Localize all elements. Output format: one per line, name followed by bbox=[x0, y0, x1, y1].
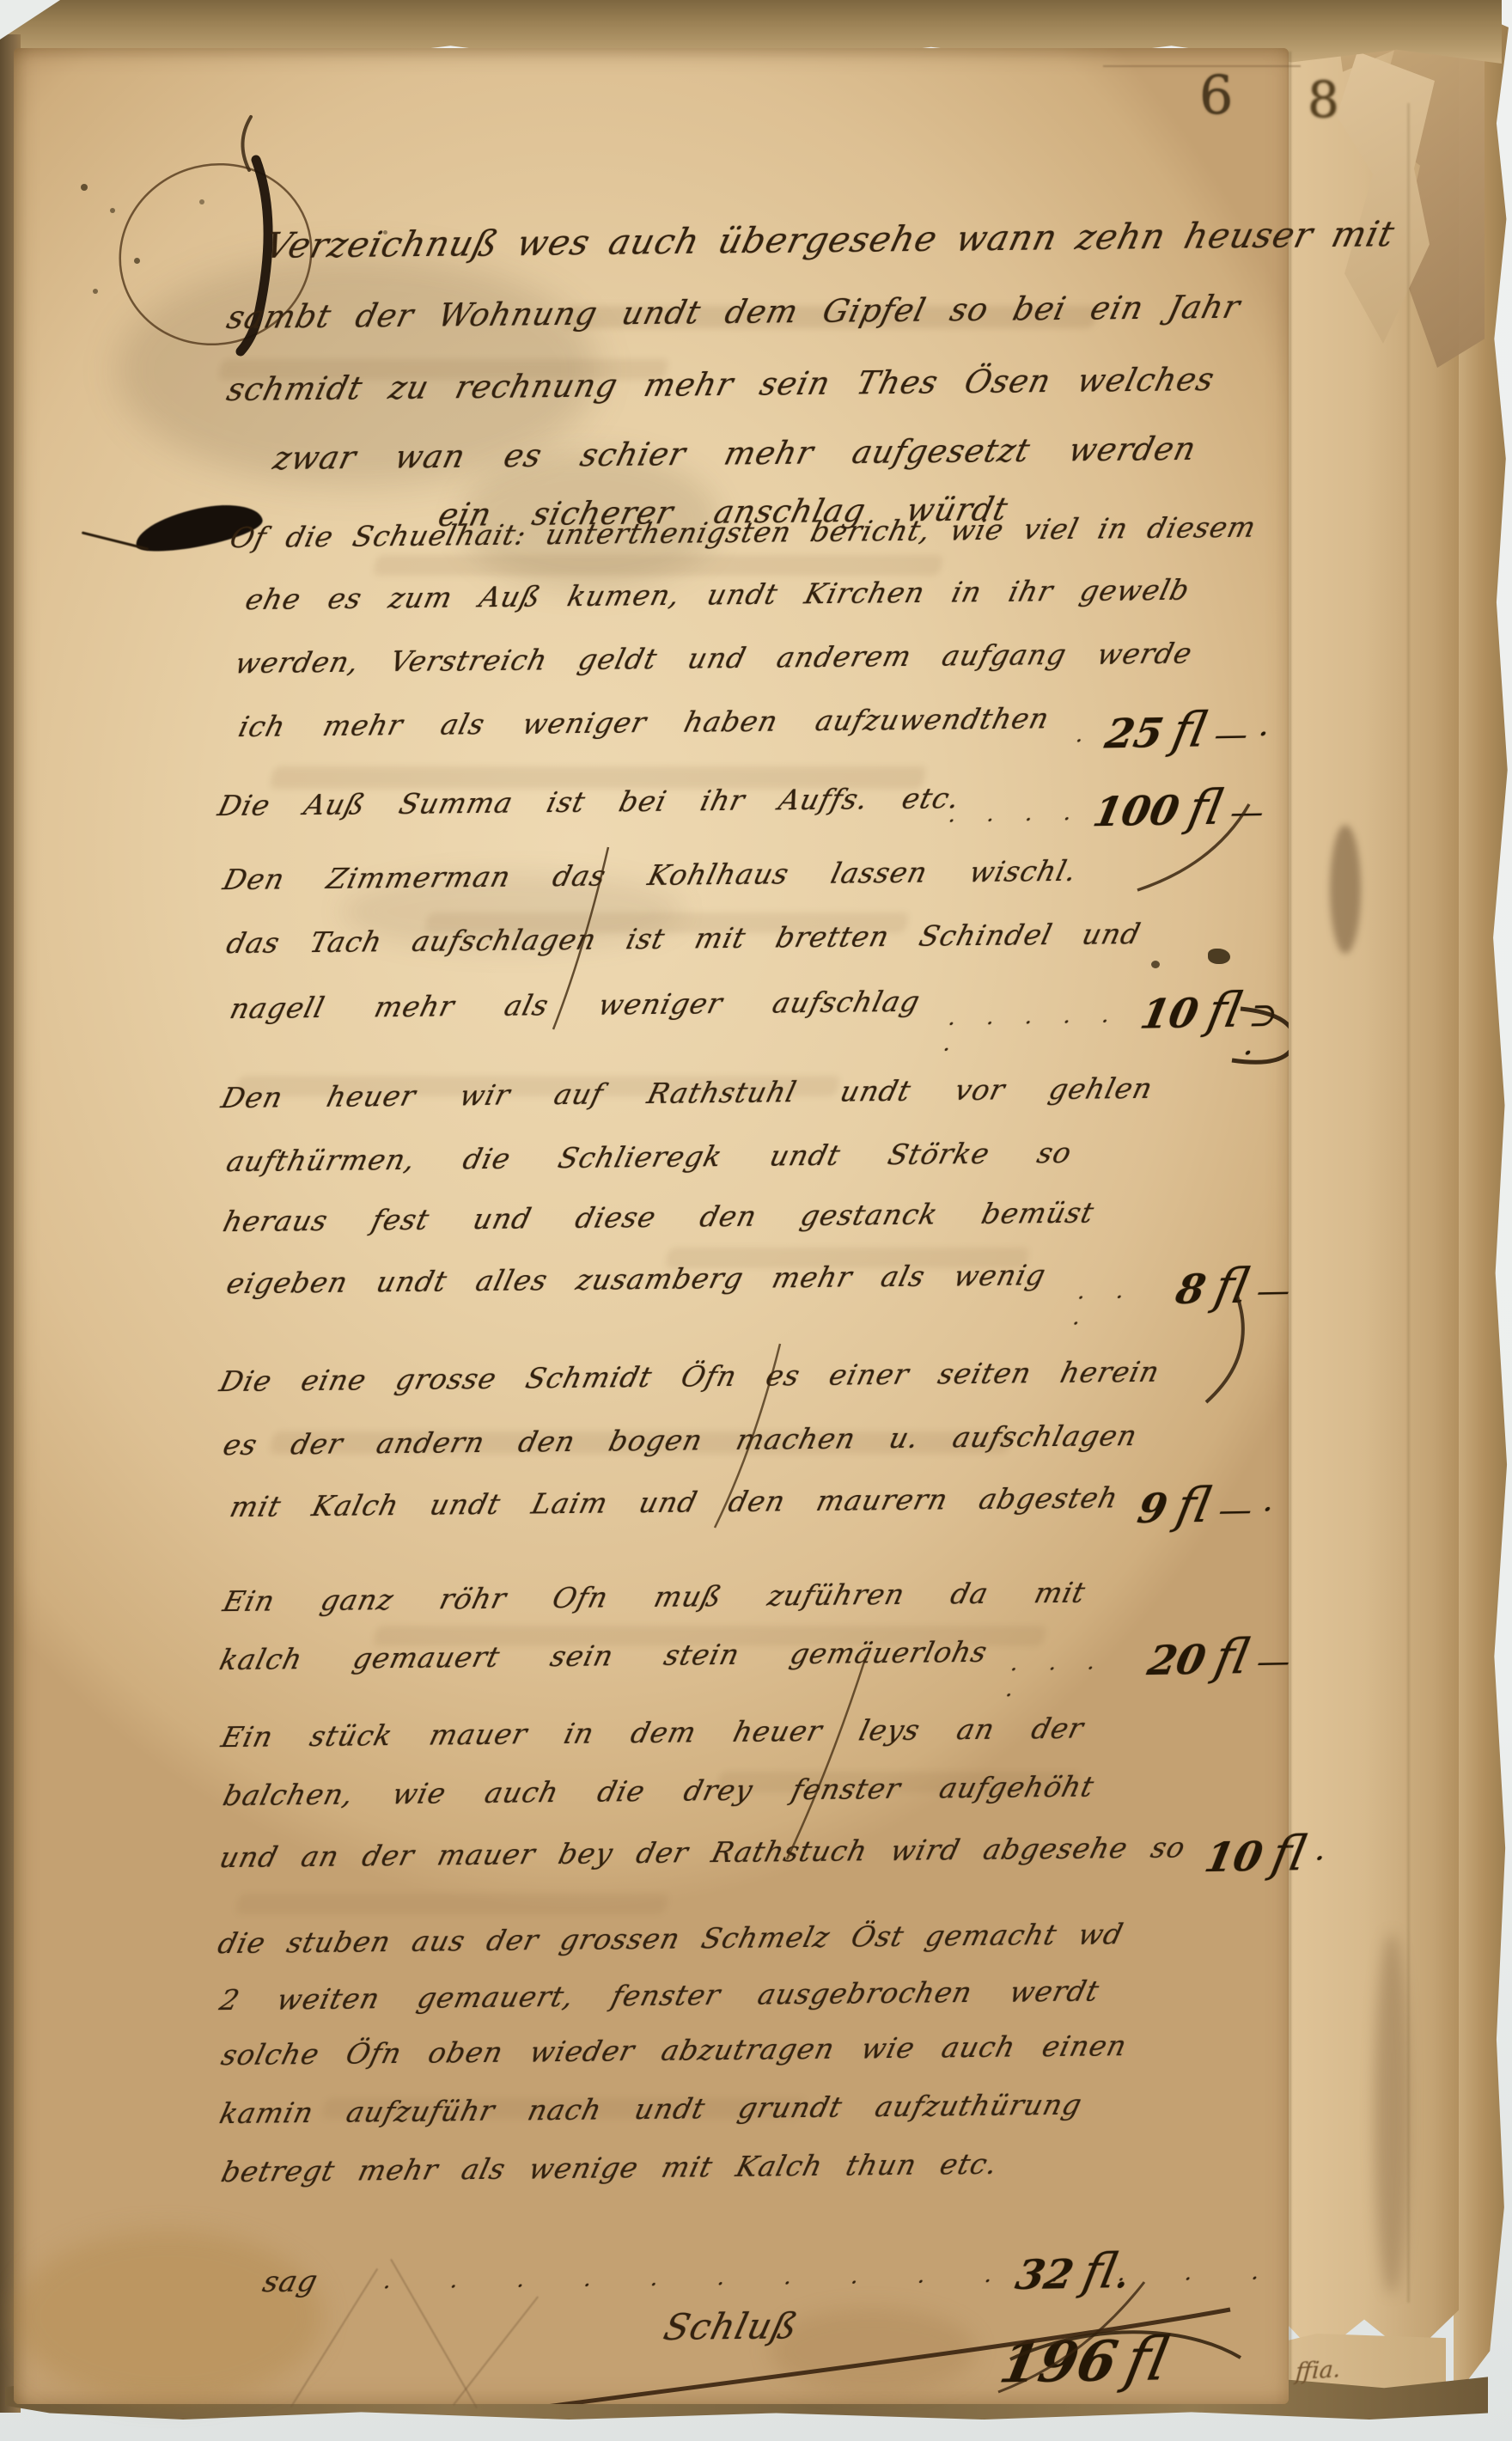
bleedthrough-mark bbox=[372, 555, 943, 576]
entry-line: ehe es zum Auß kumen, undt Kirchen in ih… bbox=[242, 573, 1193, 616]
amount-value: 20 bbox=[1144, 1637, 1210, 1685]
ink-speck bbox=[93, 289, 98, 294]
entry-line: es der andern den bogen machen u. aufsch… bbox=[220, 1419, 1141, 1462]
entry-line: kamin aufzuführ nach undt grundt aufzuth… bbox=[216, 2088, 1086, 2130]
water-stain bbox=[14, 2230, 323, 2402]
ink-speck bbox=[110, 208, 115, 213]
ink-splatter-dot bbox=[1151, 961, 1160, 968]
amount-value: 9 bbox=[1134, 1486, 1172, 1534]
closing-word: Schluß bbox=[660, 2304, 802, 2348]
florin-symbol: fl bbox=[1210, 1629, 1253, 1686]
heading-line: Verzeichnuß wes auch übergesehe wann zeh… bbox=[261, 215, 1261, 266]
entry-line: kalch gemauert sein stein gemäuerlohs bbox=[216, 1635, 991, 1676]
dot-leader: · bbox=[1073, 729, 1097, 754]
entry-line: betregt mehr als wenige mit Kalch thun e… bbox=[218, 2147, 1002, 2188]
amount-entry-5: 9 fl — · bbox=[1123, 1477, 1279, 1535]
total-dot-leader: · · · · · · · · · · · · · · bbox=[380, 2268, 1015, 2301]
florin-symbol: fl bbox=[1172, 1478, 1215, 1535]
amount-entry-2: · · · · 100 fl — bbox=[944, 779, 1270, 840]
vertical-fold-crease bbox=[1289, 52, 1291, 2380]
amount-dash: — bbox=[1253, 1272, 1294, 1310]
page-number-left: 6 bbox=[1199, 64, 1233, 126]
edge-dark-streak bbox=[1330, 825, 1361, 954]
amount-value: 25 bbox=[1101, 710, 1167, 758]
entry-line: eigeben undt alles zusamberg mehr als we… bbox=[223, 1258, 1050, 1300]
amount-value: 8 bbox=[1172, 1266, 1210, 1315]
ink-splatter bbox=[1208, 949, 1230, 964]
entry-line: Ein ganz röhr Ofn muß zuführen da mit bbox=[220, 1576, 1089, 1618]
edge-dark-streak bbox=[1375, 1933, 1409, 2294]
amount-entry-1: · 25 fl — · bbox=[1071, 701, 1275, 760]
total-amount: 32 fl. bbox=[1011, 2243, 1137, 2301]
fold-crease bbox=[453, 2296, 539, 2405]
vertical-fold-crease bbox=[1407, 103, 1410, 2303]
manuscript-page: Verzeichnuß wes auch übergesehe wann zeh… bbox=[14, 48, 1289, 2404]
amount-value: 10 bbox=[1201, 1834, 1266, 1882]
amount-entry-4: · · · 8 fl — bbox=[1070, 1258, 1296, 1337]
page-number-right: 8 bbox=[1308, 70, 1339, 129]
ink-speck bbox=[134, 258, 140, 264]
entry-line: ich mehr als weniger haben aufzuwendthen bbox=[235, 701, 1053, 743]
entry-line: Ein stück mauer in dem heuer leys an der bbox=[218, 1712, 1088, 1754]
amount-dash: — bbox=[1227, 793, 1267, 832]
entry-line: Of die Schuelhait: unterthenigsten beric… bbox=[227, 510, 1259, 554]
entry-line: solche Öfn oben wieder abzutragen wie au… bbox=[218, 2029, 1131, 2072]
bleedthrough-mark bbox=[235, 1894, 668, 1914]
florin-symbol: fl bbox=[1210, 1259, 1253, 1315]
amount-dash: — · bbox=[1211, 715, 1272, 754]
dot-leader: · · · · bbox=[1003, 1655, 1139, 1709]
entry-line: heraus fest und diese den gestanck bemüs… bbox=[220, 1195, 1098, 1238]
amount-entry-3: · · · · · · 10 fl ⊃ · bbox=[937, 982, 1298, 1077]
amount-entry-6: · · · · 20 fl — bbox=[1003, 1628, 1296, 1709]
total-label: sag bbox=[259, 2264, 321, 2299]
entry-line: und an der mauer bey der Rathstuch wird … bbox=[216, 1830, 1189, 1874]
entry-line: mit Kalch undt Laim und den maurern abge… bbox=[227, 1480, 1122, 1523]
ink-speck bbox=[199, 199, 204, 204]
florin-symbol: fl bbox=[1203, 983, 1246, 1040]
grand-total-value: 196 bbox=[995, 2329, 1123, 2395]
florin-symbol: fl bbox=[1184, 780, 1227, 837]
amount-entry-7: 10 fl · bbox=[1190, 1826, 1331, 1884]
entry-line: balchen, wie auch die drey fenster aufge… bbox=[220, 1769, 1098, 1812]
entry-line: Den Zimmerman das Kohlhaus lassen wischl… bbox=[220, 854, 1081, 896]
amount-dash: — · bbox=[1216, 1491, 1277, 1529]
book-fore-edge bbox=[1454, 3, 1509, 2399]
water-stain-small bbox=[770, 2308, 976, 2394]
next-leaf-edge bbox=[1287, 50, 1459, 2380]
dot-leader: · · · · · · bbox=[940, 1009, 1131, 1064]
florin-symbol: fl bbox=[1168, 702, 1210, 759]
entry-line: die stuben aus der grossen Schmelz Öst g… bbox=[215, 1917, 1127, 1960]
amount-dash: ⊃ · bbox=[1239, 996, 1296, 1072]
amount-value: 10 bbox=[1137, 990, 1202, 1038]
entry-line: Die eine grosse Schmidt Öfn es einer sei… bbox=[216, 1355, 1163, 1398]
ink-speck bbox=[81, 184, 88, 191]
florin-symbol: fl bbox=[1120, 2323, 1174, 2395]
dot-leader: · · · bbox=[1070, 1284, 1168, 1337]
amount-value: 100 bbox=[1089, 788, 1183, 837]
dot-leader: · · · · bbox=[945, 806, 1084, 834]
entry-line: nagell mehr als weniger aufschlag bbox=[227, 985, 924, 1025]
grand-total: 196 fl bbox=[995, 2323, 1174, 2396]
margin-note: ffia. bbox=[1295, 2356, 1342, 2386]
entry-line: werden, Verstreich geldt und anderem auf… bbox=[232, 636, 1196, 680]
total-amount-value: 32 bbox=[1012, 2251, 1077, 2299]
entry-line: aufthürmen, die Schlieregk undt Störke s… bbox=[223, 1136, 1076, 1178]
entry-line: 2 weiten gemauert, fenster ausgebrochen … bbox=[216, 1974, 1103, 2017]
entry-line: Die Auß Summa ist bei ihr Auffs. etc. bbox=[215, 781, 964, 822]
manuscript-scan: Verzeichnuß wes auch übergesehe wann zeh… bbox=[0, 0, 1512, 2441]
